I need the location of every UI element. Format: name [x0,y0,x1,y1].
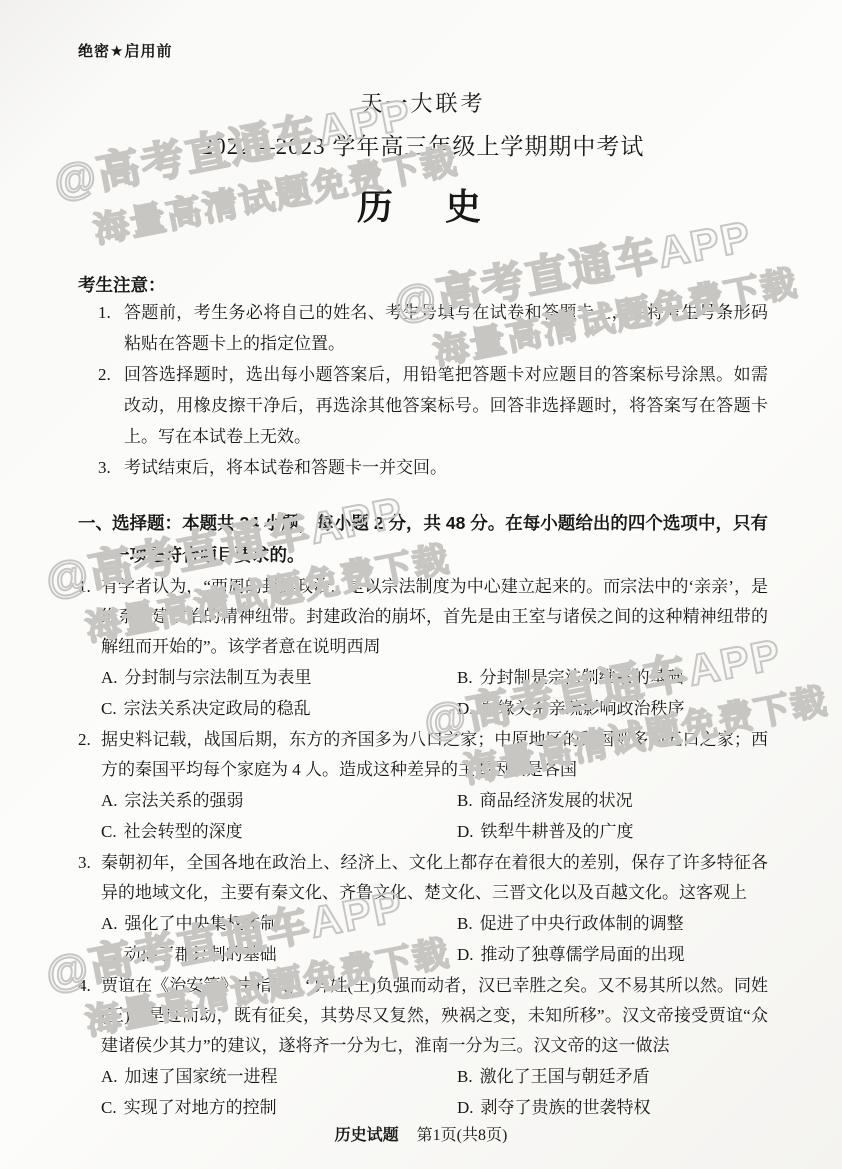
option-group: A.宗法关系的强弱 B.商品经济发展的状况 C.社会转型的深度 D.铁犁牛耕普及… [101,785,768,847]
question-stem: 贾谊在《治安策》中指出，“异姓(王)负强而动者，汉已幸胜之矣。又不易其所以然。同… [101,971,768,1061]
option-group: A.强化了中央集权体制 B.促进了中央行政体制的调整 C.动摇了郡县制的基础 D… [101,908,768,970]
option-b: B.商品经济发展的状况 [457,785,768,816]
notice-title: 考生注意： [78,272,768,297]
exam-session-title: 2022—2023 学年高三年级上学期期中考试 [78,128,768,161]
option-d: D.推动了独尊儒学局面的出现 [457,939,768,970]
question: 4. 贾谊在《治安策》中指出，“异姓(王)负强而动者，汉已幸胜之矣。又不易其所以… [78,971,768,1123]
question: 1. 有学者认为，“西周的封建政治，是以宗法制度为中心建立起来的。而宗法中的‘亲… [78,572,768,724]
option-a: A.加速了国家统一进程 [101,1061,457,1092]
footer-subject-label: 历史试题 [335,1127,399,1144]
option-d: D.血缘关系亲疏影响政治秩序 [457,693,768,724]
notice-item: 2. 回答选择题时，选出每小题答案后，用铅笔把答题卡对应题目的答案标号涂黑。如需… [98,359,768,452]
option-a: A.分封制与宗法制互为表里 [101,662,457,693]
option-c: C.宗法关系决定政局的稳乱 [101,693,457,724]
option-group: A.加速了国家统一进程 B.激化了王国与朝廷矛盾 C.实现了对地方的控制 D.剥… [101,1061,768,1123]
notice-item: 3. 考试结束后，将本试卷和答题卡一并交回。 [98,452,768,483]
notice-item-number: 3. [98,452,124,483]
notice-item-number: 2. [98,359,124,452]
option-c: C.社会转型的深度 [101,816,457,847]
option-c: C.实现了对地方的控制 [101,1092,457,1123]
option-c: C.动摇了郡县制的基础 [101,939,457,970]
classification-label: 绝密★启用前 [78,40,768,61]
section-title: 一、 选择题：本题共 24 小题，每小题 2 分，共 48 分。在每小题给出的四… [78,507,768,571]
question-stem: 有学者认为，“西周的封建政治，是以宗法制度为中心建立起来的。而宗法中的‘亲亲’，… [101,572,768,662]
question-number: 1. [78,572,101,662]
option-d: D.铁犁牛耕普及的广度 [457,816,768,847]
question-number: 3. [78,848,101,908]
notice-item-text: 考试结束后，将本试卷和答题卡一并交回。 [124,452,447,483]
section-text: 选择题：本题共 24 小题，每小题 2 分，共 48 分。在每小题给出的四个选项… [112,507,768,571]
notice-item: 1. 答题前，考生务必将自己的姓名、考生号填写在试卷和答题卡上，并将考生号条形码… [98,297,768,359]
notice-item-text: 回答选择题时，选出每小题答案后，用铅笔把答题卡对应题目的答案标号涂黑。如需改动，… [124,359,768,452]
option-a: A.强化了中央集权体制 [101,908,457,939]
option-b: B.激化了王国与朝廷矛盾 [457,1061,768,1092]
notice-item-number: 1. [98,297,124,359]
question: 3. 秦朝初年，全国各地在政治上、经济上、文化上都存在着很大的差别，保存了许多特… [78,848,768,970]
question-stem: 秦朝初年，全国各地在政治上、经济上、文化上都存在着很大的差别，保存了许多特征各异… [101,848,768,908]
footer-page-number: 第1页(共8页) [417,1127,508,1144]
exam-page: 绝密★启用前 天一大联考 2022—2023 学年高三年级上学期期中考试 历 史… [0,0,842,1169]
subject-title: 历 史 [78,179,768,230]
question-stem: 据史料记载，战国后期，东方的齐国多为八口之家；中原地区的魏国则多为五口之家；西方… [101,725,768,785]
exam-organizer: 天一大联考 [78,87,768,118]
question: 2. 据史料记载，战国后期，东方的齐国多为八口之家；中原地区的魏国则多为五口之家… [78,725,768,847]
notice-item-text: 答题前，考生务必将自己的姓名、考生号填写在试卷和答题卡上，并将考生号条形码粘贴在… [124,297,768,359]
section-marker: 一、 [78,507,112,571]
question-number: 4. [78,971,101,1061]
option-a: A.宗法关系的强弱 [101,785,457,816]
option-d: D.剥夺了贵族的世袭特权 [457,1092,768,1123]
page-footer: 历史试题第1页(共8页) [0,1122,842,1145]
option-b: B.分封制是宗法制维系的基础 [457,662,768,693]
question-number: 2. [78,725,101,785]
option-group: A.分封制与宗法制互为表里 B.分封制是宗法制维系的基础 C.宗法关系决定政局的… [101,662,768,724]
option-b: B.促进了中央行政体制的调整 [457,908,768,939]
